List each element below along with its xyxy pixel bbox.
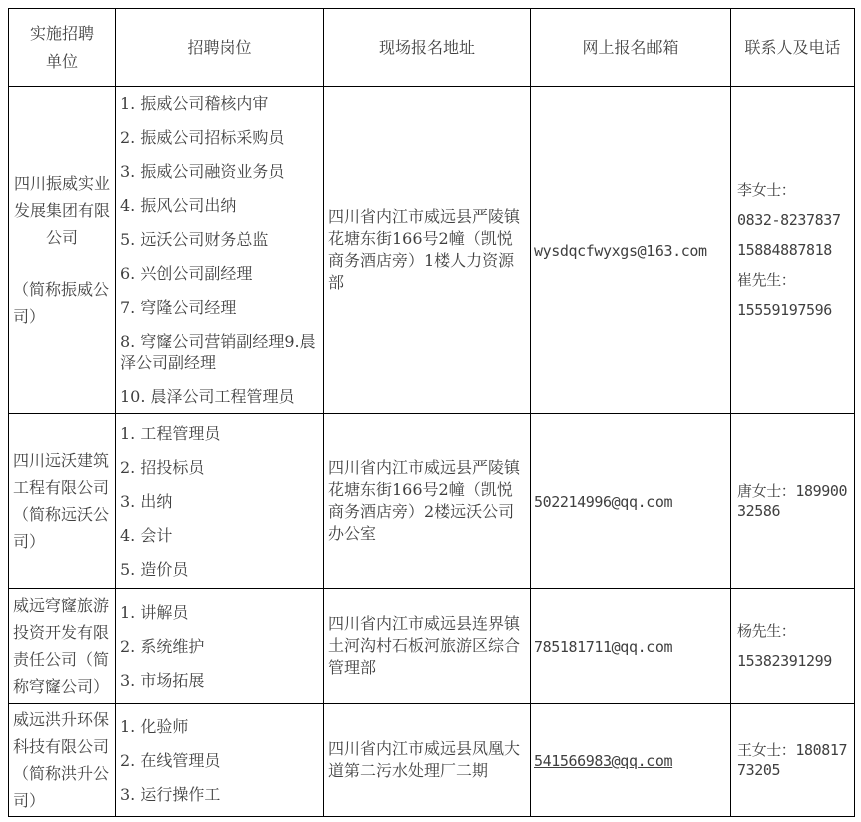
position-item: 2. 振威公司招标采购员 [120,127,319,148]
company-cell: 四川振威实业发展集团有限公司（简称振威公司） [9,87,116,414]
address-text: 四川省内江市威远县严陵镇花塘东街166号2幢（凯悦商务酒店旁）1楼人力资源部 [328,206,526,294]
position-item: 1. 讲解员 [120,602,319,623]
header-cell-unit: 实施招聘 单位 [9,9,116,87]
table-row: 威远穹窿旅游投资开发有限责任公司（简称穹窿公司）1. 讲解员2. 系统维护3. … [9,589,855,704]
contact-line: 15559197596 [737,300,848,320]
company-name: 四川振威实业发展集团有限公司 [13,170,111,251]
position-item: 5. 远沃公司财务总监 [120,229,319,250]
position-item: 3. 振威公司融资业务员 [120,161,319,182]
contact-cell: 唐女士：18990032586 [731,414,855,589]
recruitment-table: 实施招聘 单位 招聘岗位 现场报名地址 网上报名邮箱 联系人及电话 四川振威实业… [8,8,855,817]
email-text: wysdqcfwyxgs@163.com [534,242,707,260]
address-text: 四川省内江市威远县凤凰大道第二污水处理厂二期 [328,738,526,782]
email-text: 785181711@qq.com [534,638,672,656]
position-item: 4. 振风公司出纳 [120,195,319,216]
company-cell: 威远穹窿旅游投资开发有限责任公司（简称穹窿公司） [9,589,116,704]
contact-line: 崔先生： [737,270,848,290]
address-cell: 四川省内江市威远县严陵镇花塘东街166号2幢（凯悦商务酒店旁）2楼远沃公司办公室 [324,414,531,589]
company-cell: 四川远沃建筑工程有限公司（简称远沃公司） [9,414,116,589]
positions-cell: 1. 振威公司稽核内审2. 振威公司招标采购员3. 振威公司融资业务员4. 振风… [116,87,324,414]
table-row: 四川振威实业发展集团有限公司（简称振威公司）1. 振威公司稽核内审2. 振威公司… [9,87,855,414]
header-cell-address: 现场报名地址 [324,9,531,87]
address-text: 四川省内江市威远县严陵镇花塘东街166号2幢（凯悦商务酒店旁）2楼远沃公司办公室 [328,457,526,545]
email-text: 502214996@qq.com [534,493,672,511]
address-cell: 四川省内江市威远县凤凰大道第二污水处理厂二期 [324,704,531,817]
address-cell: 四川省内江市威远县严陵镇花塘东街166号2幢（凯悦商务酒店旁）1楼人力资源部 [324,87,531,414]
contact-line: 李女士： [737,180,848,200]
position-item: 4. 会计 [120,525,319,546]
position-item: 3. 市场拓展 [120,670,319,691]
table-row: 威远洪升环保科技有限公司（简称洪升公司）1. 化验师2. 在线管理员3. 运行操… [9,704,855,817]
positions-cell: 1. 化验师2. 在线管理员3. 运行操作工 [116,704,324,817]
position-item: 1. 振威公司稽核内审 [120,93,319,114]
company-name: 威远穹窿旅游投资开发有限责任公司（简称穹窿公司） [13,592,111,700]
header-row: 实施招聘 单位 招聘岗位 现场报名地址 网上报名邮箱 联系人及电话 [9,9,855,87]
contact-cell: 李女士：0832-823783715884887818崔先生：155591975… [731,87,855,414]
position-item: 7. 穹隆公司经理 [120,297,319,318]
header-cell-contact: 联系人及电话 [731,9,855,87]
position-item: 2. 招投标员 [120,457,319,478]
contact-line: 15884887818 [737,240,848,260]
email-text[interactable]: 541566983@qq.com [534,752,672,770]
position-item: 1. 工程管理员 [120,423,319,444]
document-page: 实施招聘 单位 招聘岗位 现场报名地址 网上报名邮箱 联系人及电话 四川振威实业… [0,0,861,822]
positions-cell: 1. 工程管理员2. 招投标员3. 出纳4. 会计5. 造价员 [116,414,324,589]
position-item: 3. 出纳 [120,491,319,512]
header-cell-email: 网上报名邮箱 [531,9,731,87]
email-cell: 502214996@qq.com [531,414,731,589]
contact-line: 唐女士：18990032586 [737,481,848,521]
company-name: 威远洪升环保科技有限公司（简称洪升公司） [13,706,111,814]
company-name: 四川远沃建筑工程有限公司（简称远沃公司） [13,447,111,555]
contact-line: 王女士：18081773205 [737,740,848,780]
header-cell-positions: 招聘岗位 [116,9,324,87]
position-item: 3. 运行操作工 [120,784,319,805]
position-item: 1. 化验师 [120,716,319,737]
position-item: 8. 穹窿公司营销副经理9.晨泽公司副经理 [120,331,319,373]
email-cell: wysdqcfwyxgs@163.com [531,87,731,414]
position-item: 2. 在线管理员 [120,750,319,771]
contact-line: 杨先生： [737,621,848,641]
company-alias: （简称振威公司） [13,276,111,330]
contact-line: 15382391299 [737,651,848,671]
contact-line: 0832-8237837 [737,210,848,230]
positions-cell: 1. 讲解员2. 系统维护3. 市场拓展 [116,589,324,704]
table-row: 四川远沃建筑工程有限公司（简称远沃公司）1. 工程管理员2. 招投标员3. 出纳… [9,414,855,589]
contact-cell: 杨先生：15382391299 [731,589,855,704]
address-cell: 四川省内江市威远县连界镇土河沟村石板河旅游区综合管理部 [324,589,531,704]
position-item: 10. 晨泽公司工程管理员 [120,386,319,407]
position-item: 6. 兴创公司副经理 [120,263,319,284]
position-item: 5. 造价员 [120,559,319,580]
contact-cell: 王女士：18081773205 [731,704,855,817]
email-cell: 541566983@qq.com [531,704,731,817]
email-cell: 785181711@qq.com [531,589,731,704]
position-item: 2. 系统维护 [120,636,319,657]
company-cell: 威远洪升环保科技有限公司（简称洪升公司） [9,704,116,817]
address-text: 四川省内江市威远县连界镇土河沟村石板河旅游区综合管理部 [328,613,526,679]
